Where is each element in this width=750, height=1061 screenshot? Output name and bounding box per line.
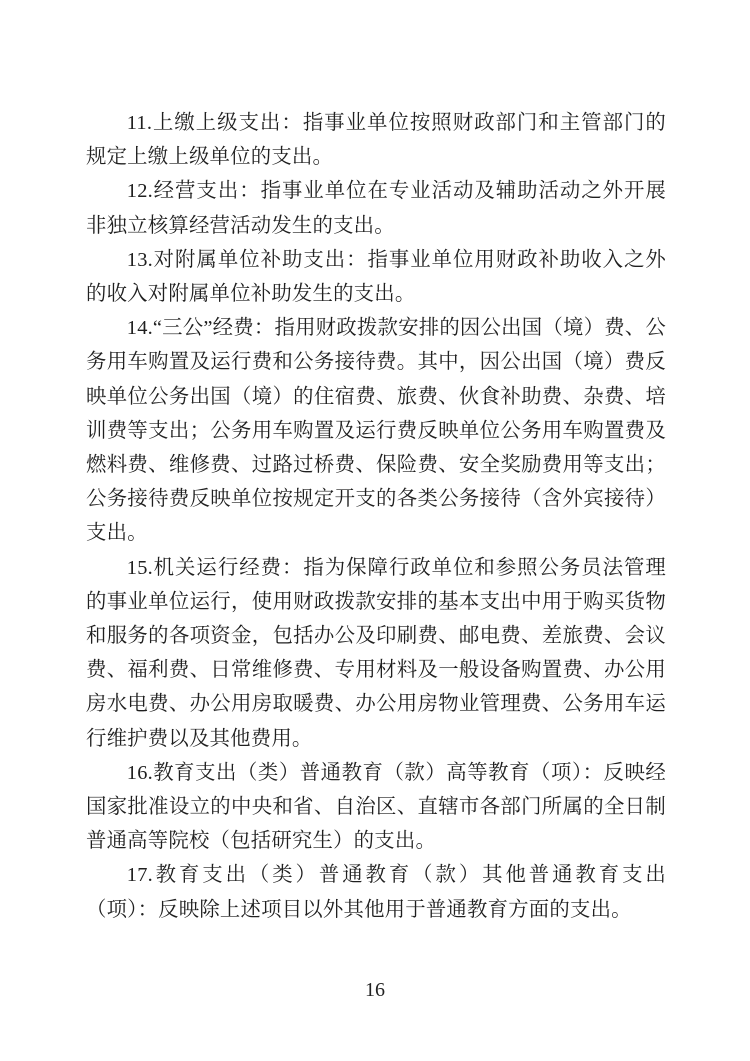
- paragraph-item-13: 13.对附属单位补助支出：指事业单位用财政补助收入之外的收入对附属单位补助发生的…: [86, 243, 666, 311]
- paragraph-item-17: 17.教育支出（类）普通教育（款）其他普通教育支出（项）：反映除上述项目以外其他…: [86, 858, 666, 926]
- paragraph-item-15: 15.机关运行经费：指为保障行政单位和参照公务员法管理的事业单位运行，使用财政拨…: [86, 551, 666, 756]
- paragraph-item-14: 14.“三公”经费：指用财政拨款安排的因公出国（境）费、公务用车购置及运行费和公…: [86, 311, 666, 550]
- paragraph-item-16: 16.教育支出（类）普通教育（款）高等教育（项）：反映经国家批准设立的中央和省、…: [86, 756, 666, 859]
- paragraph-item-11: 11.上缴上级支出：指事业单位按照财政部门和主管部门的规定上缴上级单位的支出。: [86, 106, 666, 174]
- page-number: 16: [0, 978, 750, 1002]
- document-page: 11.上缴上级支出：指事业单位按照财政部门和主管部门的规定上缴上级单位的支出。 …: [0, 0, 750, 1061]
- paragraph-item-12: 12.经营支出：指事业单位在专业活动及辅助活动之外开展非独立核算经营活动发生的支…: [86, 174, 666, 242]
- page-content: 11.上缴上级支出：指事业单位按照财政部门和主管部门的规定上缴上级单位的支出。 …: [86, 106, 666, 927]
